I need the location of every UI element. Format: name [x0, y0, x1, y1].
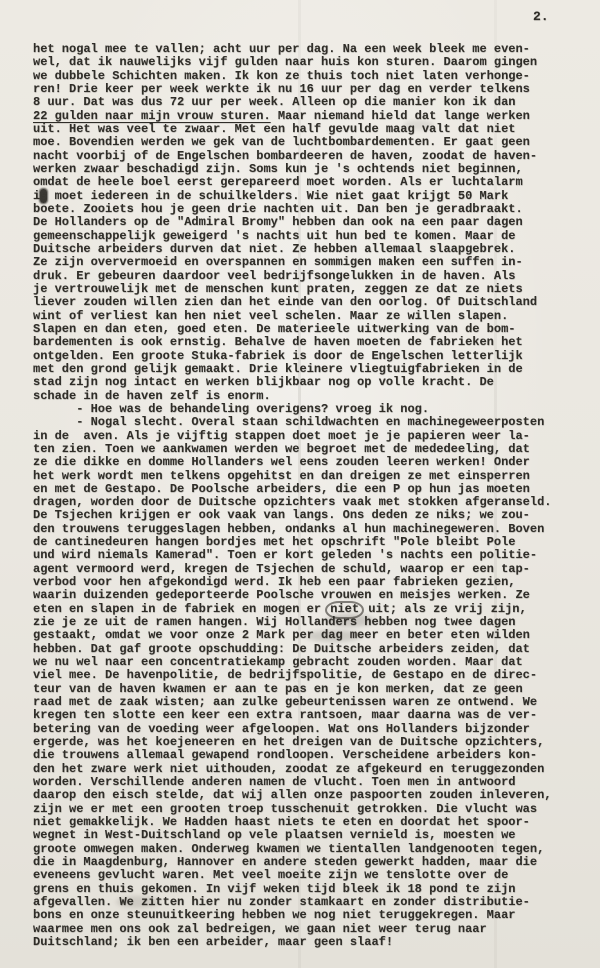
document-line: bons en onze steunuitkeering hebben we n…	[33, 909, 585, 922]
text-block: het nogal mee te vallen; acht uur per da…	[33, 43, 585, 949]
document-line: worden. Verschillende anderen namen de v…	[33, 776, 585, 789]
document-line: die in Maagdenburg, Hannover en andere s…	[33, 856, 585, 869]
document-line: met den grond gelijk gemaakt. Drie klein…	[33, 363, 585, 376]
document-line: waarin duizenden gedeporteerde Poolsche …	[33, 589, 585, 602]
document-line: je vertrouwelijk met de menschen kunt pr…	[33, 283, 585, 296]
document-line: omdat de heele boel eerst gerepareerd mo…	[33, 176, 585, 189]
document-line: boete. Zooiets hou je geen drie nachten …	[33, 203, 585, 216]
document-line: het nogal mee te vallen; acht uur per da…	[33, 43, 585, 56]
document-line: ergerde, was het koejeneeren en het drei…	[33, 736, 585, 749]
document-line: Duitsche arbeiders durven dat niet. Ze h…	[33, 243, 585, 256]
document-line: niet gemakkelijk. We Hadden haast niets …	[33, 816, 585, 829]
document-line: kregen ten slotte een keer een extra ran…	[33, 709, 585, 722]
document-line: raad met de zaak wisten; aan zulke gebeu…	[33, 696, 585, 709]
document-line: schade in de haven zelf is enorm.	[33, 390, 585, 403]
document-line: hebben. Dat gaf groote opschudding: De D…	[33, 643, 585, 656]
document-line: eveneens gevlucht waren. Met veel moeite…	[33, 869, 585, 882]
document-line: Ze zijn oververmoeid en overspannen en s…	[33, 256, 585, 269]
document-line: agent vermoord werd, kregen de Tsjechen …	[33, 563, 585, 576]
document-line: druk. Er gebeuren daardoor veel bedrijfs…	[33, 270, 585, 283]
document-line: den trouwens teruggeslagen hebben, ondan…	[33, 523, 585, 536]
document-line: we nu wel naar een concentratiekamp gebr…	[33, 656, 585, 669]
document-line: waarmee men ons ook zal bedreigen, we ga…	[33, 923, 585, 936]
document-line: daarop den eisch stelde, dat wij allen o…	[33, 789, 585, 802]
document-line: Slapen en dan eten, goed eten. De materi…	[33, 323, 585, 336]
document-line: De Tsjechen krijgen er ook vaak van lang…	[33, 509, 585, 522]
document-line: groote omwegen maken. Onderweg kwamen we…	[33, 843, 585, 856]
document-line: ten zien. Toen we aankwamen werden we be…	[33, 443, 585, 456]
document-line: zie je ze uit de ramen hangen. Wij Holla…	[33, 616, 585, 629]
document-line: ontgelden. Een groote Stuka-fabriek is d…	[33, 350, 585, 363]
document-line: den het zware werk niet uithouden, zooda…	[33, 763, 585, 776]
document-line: verbod voor hen afgekondigd werd. Ik heb…	[33, 576, 585, 589]
document-line: is moet iedereen in de schuilkelders. Wi…	[33, 190, 585, 203]
document-line: de cantinedeuren hangen bordjes met het …	[33, 536, 585, 549]
document-line: moe. Bovendien werden we gek van de luch…	[33, 136, 585, 149]
document-line: liever zouden willen zien dan het einde …	[33, 296, 585, 309]
document-line: grens en thuis gekomen. In vijf weken ti…	[33, 883, 585, 896]
document-line: ze die dikke en domme Hollanders wel een…	[33, 456, 585, 469]
page-number: 2.	[533, 9, 549, 24]
document-line: 22 gulden naar mijn vrouw sturen. Maar n…	[33, 110, 585, 123]
document-line: 8 uur. Dat was dus 72 uur per week. Alle…	[33, 96, 585, 109]
document-line: gemeenschappelijk geweigerd 's nachts ui…	[33, 230, 585, 243]
document-line: - Nogal slecht. Overal staan schildwacht…	[33, 416, 585, 429]
document-line: werken zwaar beschadigd zijn. Soms kun j…	[33, 163, 585, 176]
document-line: we dubbele Schichten maken. Ik kon ze th…	[33, 70, 585, 83]
paper: 2. het nogal mee te vallen; acht uur per…	[0, 0, 600, 968]
document-line: teur van de haven kwamen er aan te pas e…	[33, 683, 585, 696]
document-line: uit. Het was veel te zwaar. Met een half…	[33, 123, 585, 136]
document-line: eten en slapen in de fabriek en mogen er…	[33, 603, 585, 616]
document-line: wel, dat ik nauwelijks vijf gulden naar …	[33, 56, 585, 69]
document-line: nacht voorbij of de Engelschen bombardee…	[33, 150, 585, 163]
document-line: die trouwens allemaal gewapend rondloope…	[33, 749, 585, 762]
document-line: gestaakt, omdat we voor onze 2 Mark per …	[33, 629, 585, 642]
document-line: wegnet in West-Duitschland op vele plaat…	[33, 829, 585, 842]
document-line: - Hoe was de behandeling overigens? vroe…	[33, 403, 585, 416]
document-line: wint of verliest kan hen niet veel schel…	[33, 310, 585, 323]
document-line: in de aven. Als je vijftig stappen doet …	[33, 430, 585, 443]
document-line: het werk wordt men telkens opgehitst en …	[33, 470, 585, 483]
document-line: dragen, worden door de Duitsche opzichte…	[33, 496, 585, 509]
document-line: viel mee. De havenpolitie, de bedrijfspo…	[33, 669, 585, 682]
document-line: De Hollanders op de "Admiral Bromy" hebb…	[33, 216, 585, 229]
document-line: bardementen is ook ernstig. Behalve de h…	[33, 336, 585, 349]
document-line: betering van de voeding weer afgeloopen.…	[33, 723, 585, 736]
document-line: zijn we er met een grooten troep tussche…	[33, 803, 585, 816]
document-line: Duitschland; ik ben een arbeider, maar g…	[33, 936, 585, 949]
document-line: afgevallen. We zitten hier nu zonder sta…	[33, 896, 585, 909]
document-line: und wird niemals Kamerad". Toen er kort …	[33, 549, 585, 562]
document-line: en met de Gestapo. De Poolsche arbeiders…	[33, 483, 585, 496]
document-line: stad zijn nog intact en werken blijkbaar…	[33, 376, 585, 389]
document-line: ren! Drie keer per week werkte ik nu 16 …	[33, 83, 585, 96]
